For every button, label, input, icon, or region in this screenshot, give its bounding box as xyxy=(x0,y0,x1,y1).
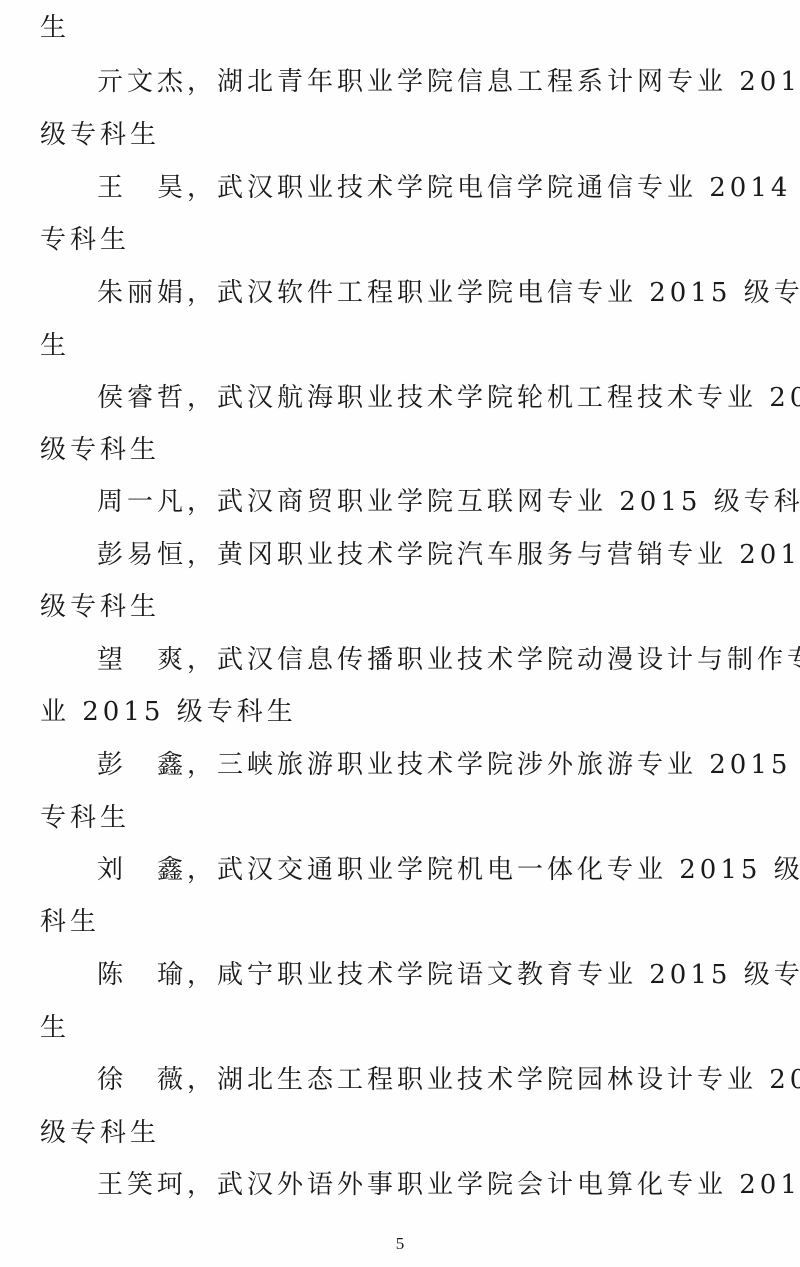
text-line: 徐 薇，湖北生态工程职业技术学院园林设计专业 2015 xyxy=(97,1060,772,1100)
text-line: 科生 xyxy=(40,902,770,942)
text-line: 生 xyxy=(40,8,770,48)
page-number: 5 xyxy=(0,1232,800,1256)
text-line: 王笑珂，武汉外语外事职业学院会计电算化专业 2015 xyxy=(97,1165,772,1205)
text-line: 朱丽娟，武汉软件工程职业学院电信专业 2015 级专科 xyxy=(97,273,772,313)
document-page: 生 亓文杰，湖北青年职业学院信息工程系计网专业 2015 级专科生 王 昊，武汉… xyxy=(0,0,800,1267)
text-line: 专科生 xyxy=(40,798,770,838)
text-line: 业 2015 级专科生 xyxy=(40,692,770,732)
text-line: 彭 鑫，三峡旅游职业技术学院涉外旅游专业 2015 级 xyxy=(97,745,772,785)
text-line: 彭易恒，黄冈职业技术学院汽车服务与营销专业 2015 xyxy=(97,535,772,575)
text-line: 陈 瑜，咸宁职业技术学院语文教育专业 2015 级专科 xyxy=(97,955,772,995)
text-line: 王 昊，武汉职业技术学院电信学院通信专业 2014 级 xyxy=(97,168,772,208)
text-line: 亓文杰，湖北青年职业学院信息工程系计网专业 2015 xyxy=(97,62,772,102)
text-line: 级专科生 xyxy=(40,115,770,155)
text-line: 周一凡，武汉商贸职业学院互联网专业 2015 级专科生 xyxy=(97,482,772,522)
text-line: 侯睿哲，武汉航海职业技术学院轮机工程技术专业 2015 xyxy=(97,378,772,418)
text-line: 级专科生 xyxy=(40,1113,770,1153)
text-line: 级专科生 xyxy=(40,587,770,627)
text-line: 级专科生 xyxy=(40,430,770,470)
text-line: 刘 鑫，武汉交通职业学院机电一体化专业 2015 级专 xyxy=(97,850,772,890)
text-line: 生 xyxy=(40,1008,770,1048)
text-line: 专科生 xyxy=(40,220,770,260)
text-line: 望 爽，武汉信息传播职业技术学院动漫设计与制作专 xyxy=(97,640,772,680)
text-line: 生 xyxy=(40,326,770,366)
